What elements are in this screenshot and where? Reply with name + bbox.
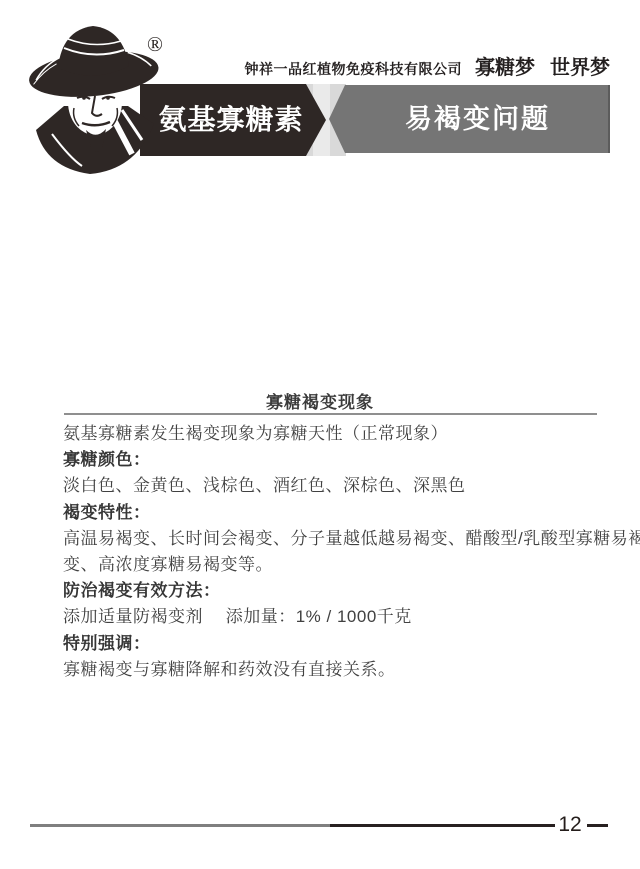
content-heading-line: 防治褐变有效方法： <box>63 578 608 604</box>
title-underline <box>64 413 597 415</box>
banner-right-label: 易褐变问题 <box>345 85 610 153</box>
content-heading-line: 寡糖颜色： <box>63 447 608 473</box>
section-title: 寡糖褐变现象 <box>0 388 640 413</box>
company-header: 钟祥一品红植物免疫科技有限公司 寡糖梦 世界梦 <box>245 51 611 80</box>
footer-rule-black <box>330 824 555 827</box>
slogan-2: 世界梦 <box>550 51 610 80</box>
content-text-line: 高温易褐变、长时间会褐变、分子量越低越易褐变、醋酸型/乳酸型寡糖易褐 <box>63 526 608 552</box>
content-text-line: 淡白色、金黄色、浅棕色、酒红色、深棕色、深黑色 <box>63 473 608 499</box>
footer-end-dash <box>587 824 608 827</box>
registered-mark-icon: ® <box>147 34 163 55</box>
page-number: 12 <box>554 812 586 837</box>
content-text-line: 寡糖褐变与寡糖降解和药效没有直接关系。 <box>63 657 608 683</box>
content-text-line: 添加适量防褐变剂 添加量：1% / 1000千克 <box>63 604 608 630</box>
footer-rule-gray <box>30 824 330 827</box>
company-slogans: 寡糖梦 世界梦 <box>475 51 610 80</box>
content-text-line: 氨基寡糖素发生褐变现象为寡糖天性（正常现象） <box>63 421 608 447</box>
slogan-1: 寡糖梦 <box>475 51 535 80</box>
content-heading-line: 褐变特性： <box>63 500 608 526</box>
company-name: 钟祥一品红植物免疫科技有限公司 <box>245 59 463 79</box>
content-body: 氨基寡糖素发生褐变现象为寡糖天性（正常现象）寡糖颜色：淡白色、金黄色、浅棕色、酒… <box>63 421 608 683</box>
content-heading-line: 特别强调： <box>63 631 608 657</box>
brochure-page: { "page": { "background": "#ffffff", "nu… <box>0 0 640 869</box>
banner-left-label: 氨基寡糖素 <box>143 84 319 156</box>
content-text-line: 变、高浓度寡糖易褐变等。 <box>63 552 608 578</box>
